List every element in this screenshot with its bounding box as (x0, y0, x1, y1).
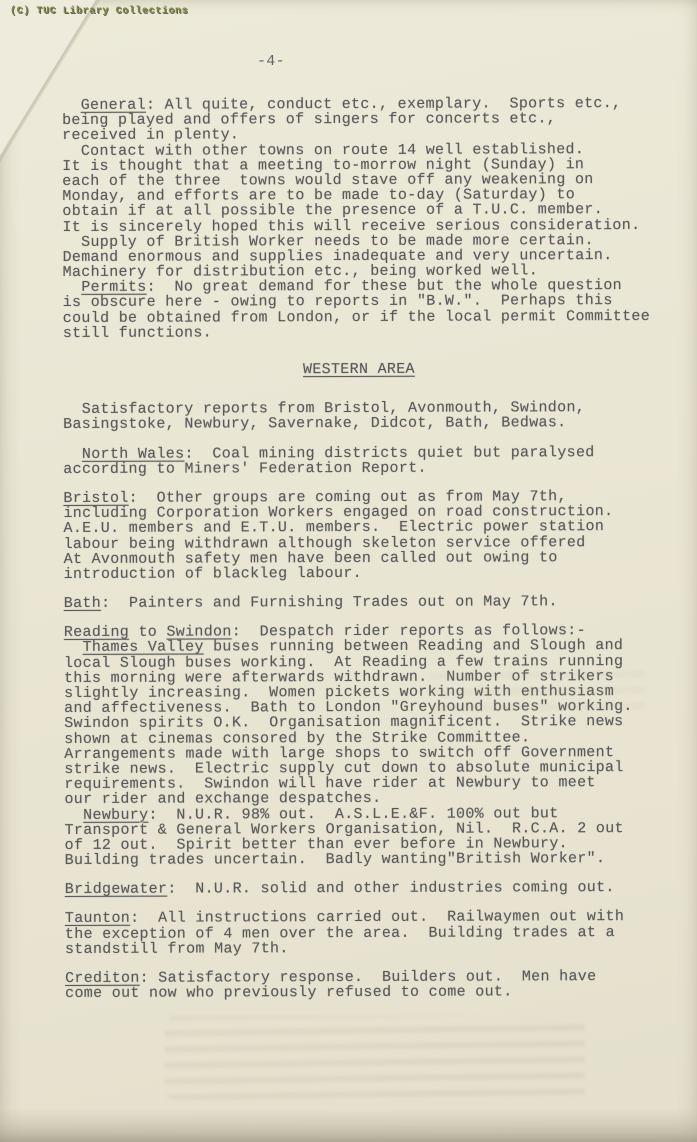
text-line: standstill from May 7th. (65, 940, 657, 957)
underlined-text: Bridgewater (65, 881, 168, 898)
block-bristol: Bristol: Other groups are coming out as … (63, 489, 655, 582)
text-line: still functions. (63, 324, 655, 341)
block-area-summary: Satisfactory reports from Bristol, Avonm… (63, 400, 655, 432)
text-segment: Building trades uncertain. Badly wanting… (65, 850, 606, 869)
show-through-ghost (165, 1016, 585, 1100)
text-line: the exception of 4 men over the area. Bu… (65, 925, 657, 942)
text-line: could be obtained from London, or if the… (63, 309, 655, 326)
text-segment: standstill from May 7th. (65, 940, 289, 958)
page-bottom-shadow (0, 1108, 697, 1142)
text-segment: : N.U.R. solid and other industries comi… (167, 879, 614, 898)
block-bath: Bath: Painters and Furnishing Trades out… (64, 594, 656, 611)
block-western-area-heading: WESTERN AREA (63, 361, 655, 378)
text-line: Building trades uncertain. Badly wanting… (65, 851, 657, 868)
text-line: Basingstoke, Newbury, Savernake, Didcot,… (63, 415, 655, 432)
block-taunton: Taunton: All instructions carried out. R… (65, 909, 657, 957)
text-segment: : Painters and Furnishing Trades out on … (101, 593, 558, 612)
copyright-watermark: (C) TUC Library Collections (10, 6, 188, 17)
underlined-text: Bath (64, 595, 101, 612)
text-line: WESTERN AREA (63, 361, 655, 378)
block-north-wales: North Wales: Coal mining districts quiet… (63, 444, 655, 476)
document-text: General: All quite, conduct etc., exempl… (62, 96, 657, 1015)
text-line: introduction of blackleg labour. (64, 565, 656, 582)
text-segment: still functions. (63, 324, 212, 342)
block-bridgewater: Bridgewater: N.U.R. solid and other indu… (65, 880, 657, 897)
page-number: -4- (257, 53, 285, 70)
text-line: Bridgewater: N.U.R. solid and other indu… (65, 880, 657, 897)
block-crediton: Crediton: Satisfactory response. Builder… (65, 969, 657, 1001)
text-segment: Basingstoke, Newbury, Savernake, Didcot,… (63, 415, 566, 434)
text-line: Bath: Painters and Furnishing Trades out… (64, 594, 656, 611)
text-segment: according to Miners' Federation Report. (63, 459, 427, 477)
text-line: come out now who previously refused to c… (65, 984, 657, 1001)
block-reading-swindon: Reading to Swindon: Despatch rider repor… (64, 623, 657, 868)
block-general-section: General: All quite, conduct etc., exempl… (62, 96, 655, 341)
text-line: according to Miners' Federation Report. (63, 460, 655, 477)
document-page: (C) TUC Library Collections -4- General:… (0, 0, 697, 1142)
text-segment: introduction of blackleg labour. (64, 565, 362, 583)
underlined-text: WESTERN AREA (303, 361, 415, 378)
text-segment: come out now who previously refused to c… (65, 984, 512, 1003)
